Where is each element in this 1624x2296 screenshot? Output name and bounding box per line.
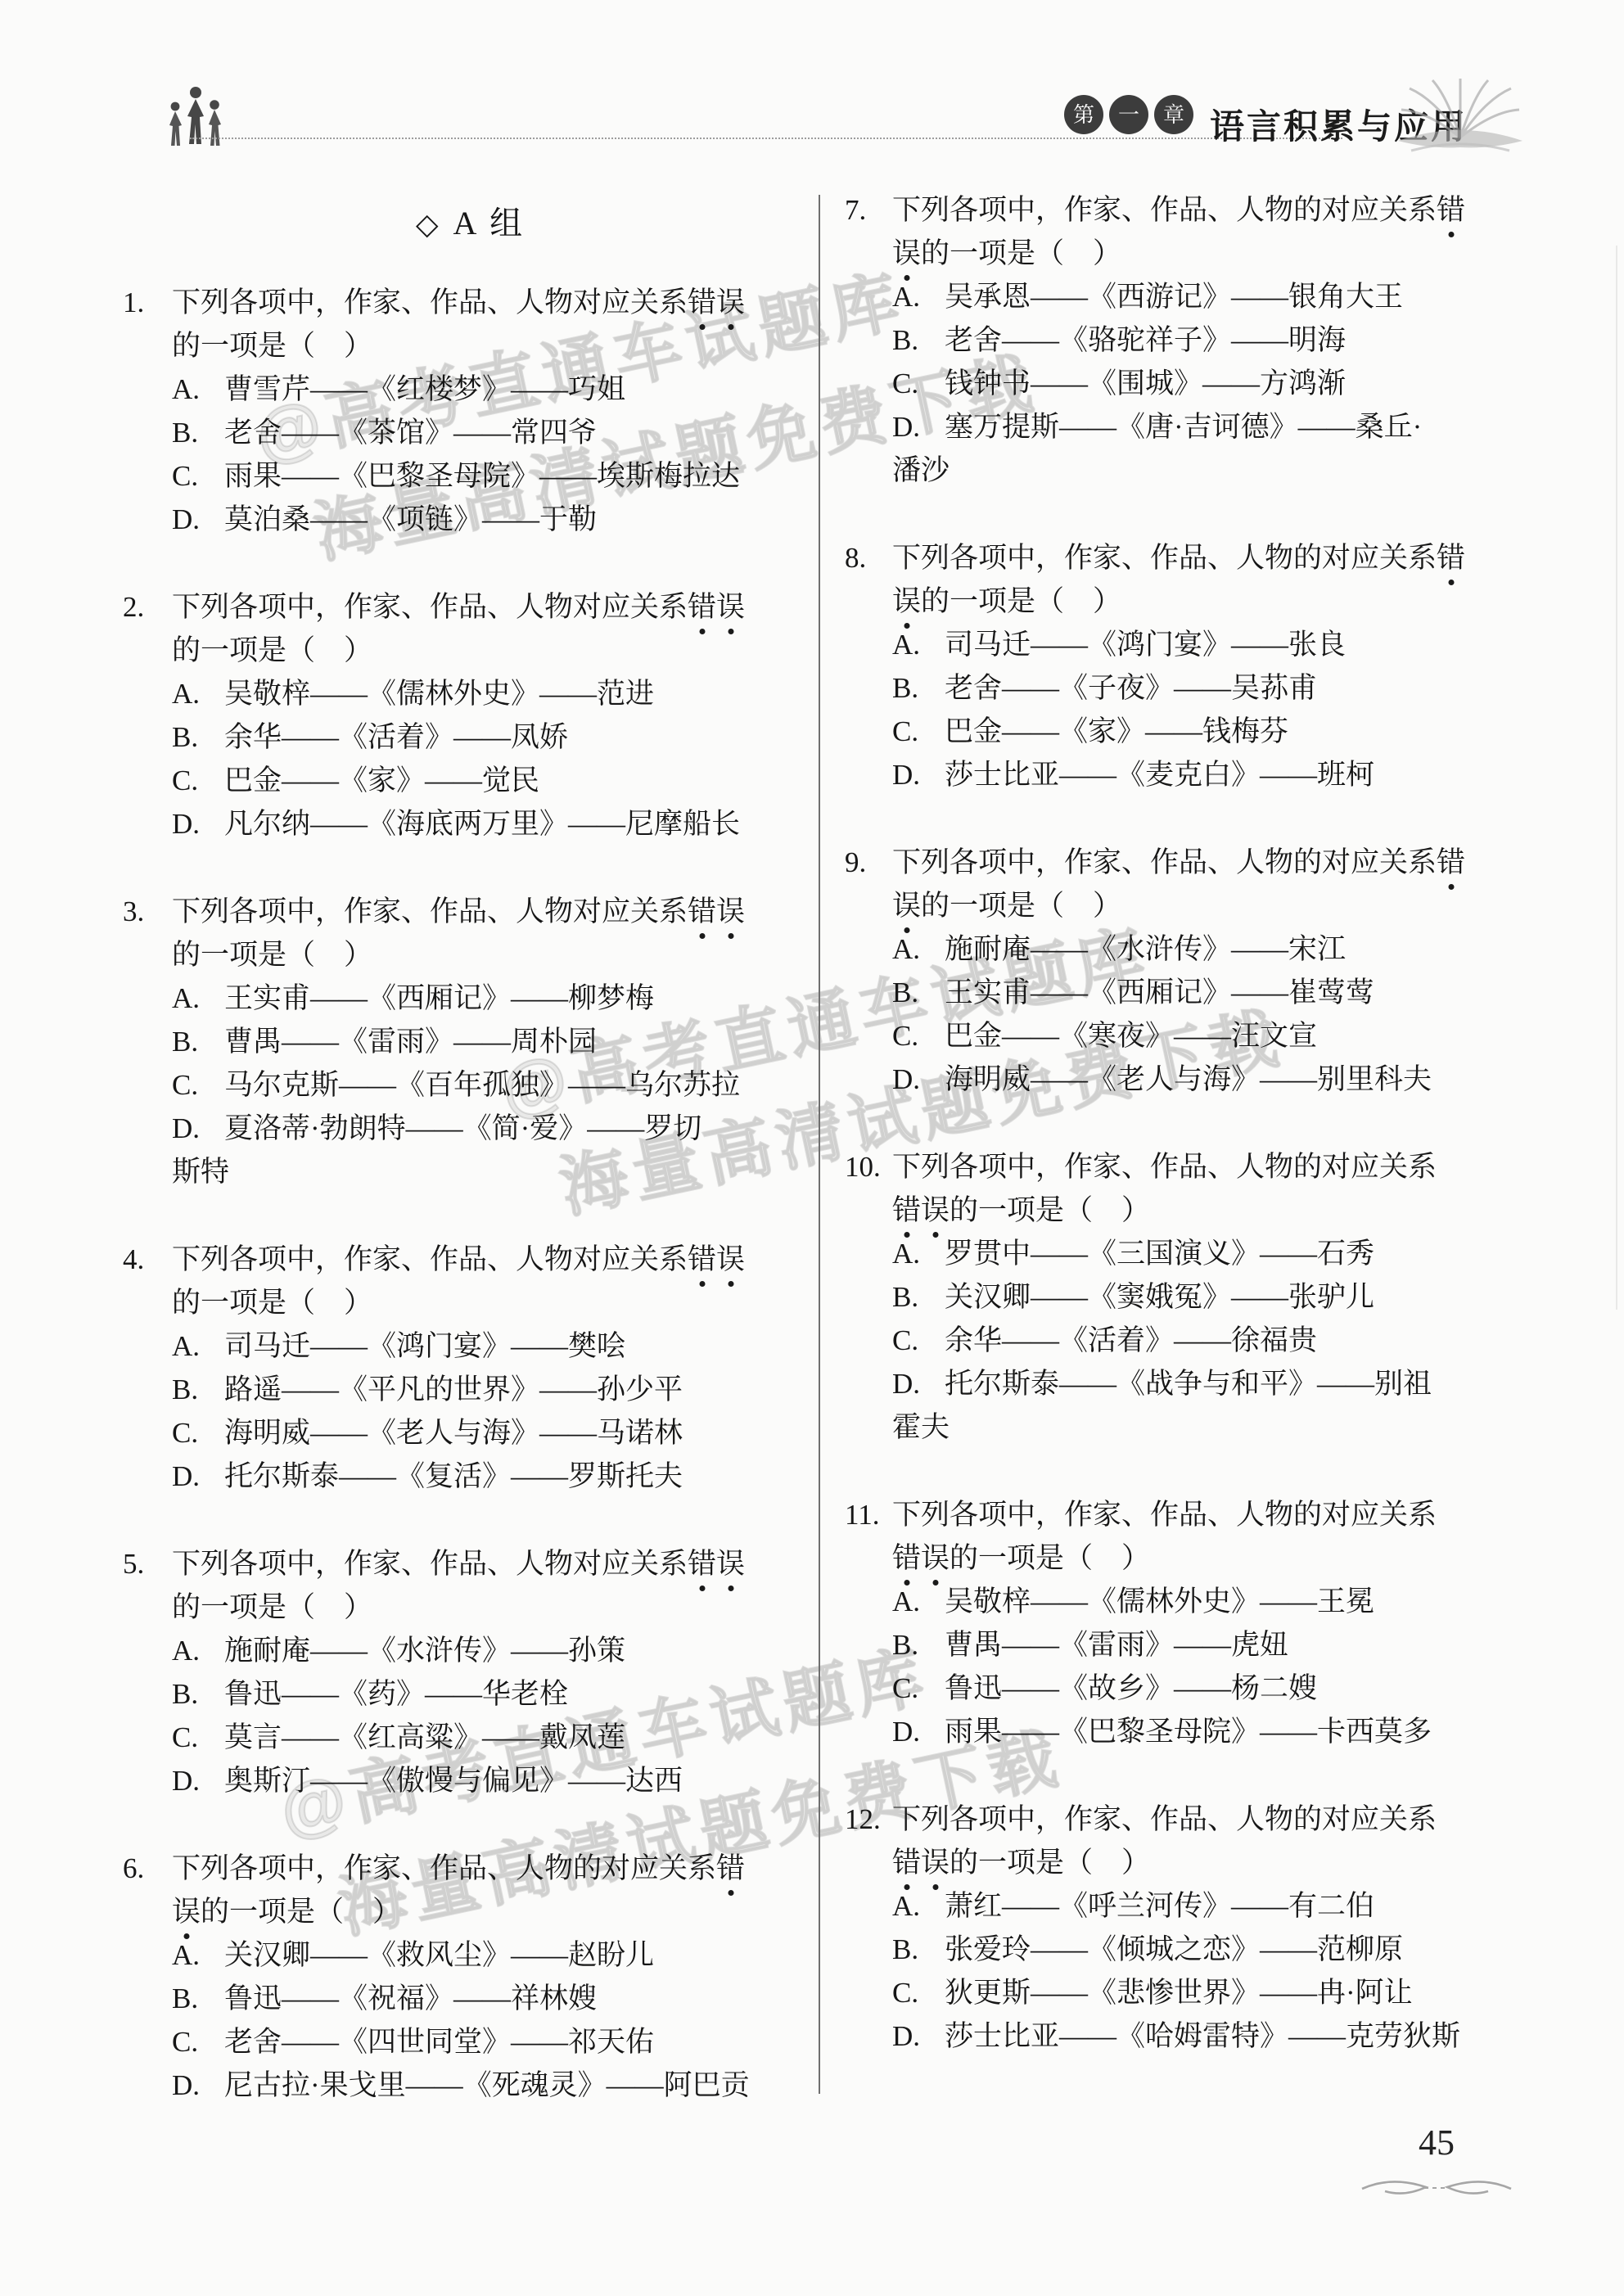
option-line: C.狄更斯——《悲惨世界》——冉·阿让 bbox=[892, 1971, 1608, 2014]
option-text: 鲁迅——《祝福》——祥林嫂 bbox=[224, 1982, 597, 2014]
option-wrap-line: 霍夫 bbox=[892, 1405, 1608, 1449]
option-line: A.曹雪芹——《红楼梦》——巧姐 bbox=[172, 368, 819, 411]
option-text: 萧红——《呼兰河传》——有二伯 bbox=[945, 1890, 1374, 1922]
question-stem-text: 下列各项中，作家、作品、人物对应关系 bbox=[172, 1548, 688, 1580]
question-6: 6.下列各项中，作家、作品、人物的对应关系错误的一项是（ ）A.关汉卿——《救风… bbox=[123, 1847, 819, 2107]
option-letter: B. bbox=[892, 318, 945, 362]
question-7: 7.下列各项中，作家、作品、人物的对应关系错误的一项是（ ）A.吴承恩——《西游… bbox=[845, 188, 1608, 492]
question-stem-text: 的一项是（ ） bbox=[921, 585, 1121, 617]
question-stem-text: 的一项是（ ） bbox=[950, 1847, 1150, 1879]
option-letter: C. bbox=[172, 1063, 224, 1107]
option-line: D.尼古拉·果戈里——《死魂灵》——阿巴贡 bbox=[172, 2064, 819, 2107]
option-line: A.吴敬梓——《儒林外史》——范进 bbox=[172, 672, 819, 715]
option-letter: A. bbox=[892, 1884, 945, 1928]
option-text: 托尔斯泰——《复活》——罗斯托夫 bbox=[224, 1460, 683, 1492]
option-letter: C. bbox=[172, 2020, 224, 2064]
question-stem-line1: 8.下列各项中，作家、作品、人物的对应关系错 bbox=[845, 536, 1608, 580]
header-rule bbox=[190, 138, 1342, 139]
question-stem-text: 下列各项中，作家、作品、人物的对应关系 bbox=[172, 1852, 716, 1884]
option-line: C.老舍——《四世同堂》——祁天佑 bbox=[172, 2020, 819, 2064]
option-text: 关汉卿——《救风尘》——赵盼儿 bbox=[224, 1939, 654, 1971]
option-text: 尼古拉·果戈里——《死魂灵》——阿巴贡 bbox=[224, 2069, 750, 2101]
question-5: 5.下列各项中，作家、作品、人物对应关系错误的一项是（ ）A.施耐庵——《水浒传… bbox=[123, 1542, 819, 1802]
question-stem-line1: 3.下列各项中，作家、作品、人物对应关系错误 bbox=[123, 890, 819, 933]
emphasis-char: 错 bbox=[892, 1536, 921, 1580]
question-4: 4.下列各项中，作家、作品、人物对应关系错误的一项是（ ）A.司马迁——《鸿门宴… bbox=[123, 1238, 819, 1498]
option-text: 雨果——《巴黎圣母院》——埃斯梅拉达 bbox=[224, 460, 740, 492]
option-text: 夏洛蒂·勃朗特——《简·爱》——罗切 bbox=[224, 1112, 701, 1144]
question-stem-text: 的一项是（ ） bbox=[950, 1194, 1150, 1226]
question-stem-line1: 10.下列各项中，作家、作品、人物的对应关系 bbox=[845, 1145, 1608, 1189]
option-text: 吴敬梓——《儒林外史》——范进 bbox=[224, 678, 654, 710]
question-number: 8. bbox=[845, 536, 892, 580]
option-letter: D. bbox=[892, 1362, 945, 1405]
column-divider bbox=[819, 195, 820, 2094]
emphasis-char: 错 bbox=[1437, 536, 1465, 580]
option-letter: D. bbox=[172, 1455, 224, 1498]
question-10: 10.下列各项中，作家、作品、人物的对应关系错误的一项是（ ）A.罗贯中——《三… bbox=[845, 1145, 1608, 1449]
option-text: 余华——《活着》——凤娇 bbox=[224, 721, 568, 753]
textbook-page: 第 一 章 语言积累与应用 @高考直通车试题库 海量高清试题免费下载 @高考直通… bbox=[0, 0, 1624, 2296]
option-text: 莎士比亚——《哈姆雷特》——克劳狄斯 bbox=[945, 2020, 1460, 2052]
option-text: 鲁迅——《药》——华老栓 bbox=[224, 1678, 568, 1710]
option-letter: D. bbox=[892, 1058, 945, 1101]
option-line: A.萧红——《呼兰河传》——有二伯 bbox=[892, 1884, 1608, 1928]
option-letter: A. bbox=[892, 275, 945, 318]
option-line: A.吴敬梓——《儒林外史》——王冕 bbox=[892, 1580, 1608, 1623]
option-line: A.施耐庵——《水浒传》——宋江 bbox=[892, 927, 1608, 971]
question-stem-line2: 错误的一项是（ ） bbox=[892, 1189, 1608, 1232]
open-book-icon bbox=[1387, 72, 1534, 169]
chapter-badge-char: 一 bbox=[1109, 95, 1148, 134]
option-letter: C. bbox=[172, 1716, 224, 1759]
question-stem-text: 下列各项中，作家、作品、人物对应关系 bbox=[172, 895, 688, 927]
option-text: 巴金——《家》——钱梅芬 bbox=[945, 715, 1288, 747]
question-stem-line1: 6.下列各项中，作家、作品、人物的对应关系错 bbox=[123, 1847, 819, 1890]
option-text: 路遥——《平凡的世界》——孙少平 bbox=[224, 1374, 683, 1405]
option-text: 塞万提斯——《唐·吉诃德》——桑丘· bbox=[945, 411, 1422, 443]
option-text: 莫泊桑——《项链》——于勒 bbox=[224, 503, 597, 535]
question-number: 11. bbox=[845, 1493, 892, 1536]
option-text: 狄更斯——《悲惨世界》——冉·阿让 bbox=[945, 1977, 1413, 2009]
option-letter: C. bbox=[892, 1319, 945, 1362]
option-letter: B. bbox=[172, 715, 224, 759]
option-line: A.司马迁——《鸿门宴》——张良 bbox=[892, 623, 1608, 666]
option-letter: B. bbox=[172, 1977, 224, 2020]
option-letter: A. bbox=[892, 927, 945, 971]
option-text: 施耐庵——《水浒传》——孙策 bbox=[224, 1635, 625, 1667]
question-9: 9.下列各项中，作家、作品、人物的对应关系错误的一项是（ ）A.施耐庵——《水浒… bbox=[845, 841, 1608, 1101]
flourish-icon bbox=[1352, 2171, 1521, 2204]
emphasis-char: 误 bbox=[716, 890, 745, 933]
chapter-badge-char: 章 bbox=[1154, 95, 1193, 134]
option-line: A.罗贯中——《三国演义》——石秀 bbox=[892, 1232, 1608, 1275]
option-text: 莫言——《红高粱》——戴凤莲 bbox=[224, 1721, 625, 1753]
emphasis-char: 误 bbox=[921, 1189, 950, 1232]
option-line: B.鲁迅——《药》——华老栓 bbox=[172, 1672, 819, 1716]
option-letter: B. bbox=[172, 1020, 224, 1063]
option-letter: A. bbox=[892, 623, 945, 666]
option-letter: C. bbox=[892, 1014, 945, 1058]
emphasis-char: 误 bbox=[892, 884, 921, 927]
option-text: 巴金——《家》——觉民 bbox=[224, 765, 539, 796]
question-stem-line2: 错误的一项是（ ） bbox=[892, 1841, 1608, 1884]
question-number: 4. bbox=[123, 1238, 172, 1281]
question-stem-text: 的一项是（ ） bbox=[950, 1542, 1150, 1574]
option-letter: D. bbox=[172, 1759, 224, 1802]
page-edge-shadow bbox=[1616, 246, 1617, 1310]
option-line: B.路遥——《平凡的世界》——孙少平 bbox=[172, 1368, 819, 1411]
question-stem-text: 下列各项中，作家、作品、人物的对应关系 bbox=[892, 194, 1437, 226]
question-stem-line1: 4.下列各项中，作家、作品、人物对应关系错误 bbox=[123, 1238, 819, 1281]
emphasis-char: 误 bbox=[921, 1841, 950, 1884]
question-stem-line1: 1.下列各项中，作家、作品、人物对应关系错误 bbox=[123, 281, 819, 324]
option-line: A.司马迁——《鸿门宴》——樊哙 bbox=[172, 1324, 819, 1368]
question-number: 5. bbox=[123, 1542, 172, 1586]
option-text: 老舍——《子夜》——吴荪甫 bbox=[945, 672, 1317, 704]
option-line: C.巴金——《家》——觉民 bbox=[172, 759, 819, 802]
option-text: 王实甫——《西厢记》——柳梦梅 bbox=[224, 982, 654, 1014]
three-people-icon bbox=[164, 85, 228, 151]
question-stem-text: 的一项是（ ） bbox=[921, 890, 1121, 922]
option-text: 关汉卿——《窦娥冤》——张驴儿 bbox=[945, 1281, 1374, 1313]
option-text: 雨果——《巴黎圣母院》——卡西莫多 bbox=[945, 1716, 1432, 1748]
option-letter: D. bbox=[172, 2064, 224, 2107]
option-letter: D. bbox=[172, 802, 224, 846]
option-line: D.塞万提斯——《唐·吉诃德》——桑丘· bbox=[892, 405, 1608, 449]
option-letter: B. bbox=[892, 1275, 945, 1319]
option-text: 鲁迅——《故乡》——杨二嫂 bbox=[945, 1672, 1317, 1704]
option-text: 司马迁——《鸿门宴》——张良 bbox=[945, 629, 1346, 661]
column-left: ◇A 组 1.下列各项中，作家、作品、人物对应关系错误的一项是（ ）A.曹雪芹—… bbox=[123, 201, 819, 2151]
question-stem-text: 下列各项中，作家、作品、人物对应关系 bbox=[172, 1243, 688, 1275]
option-text: 曹雪芹——《红楼梦》——巧姐 bbox=[224, 373, 625, 405]
question-stem-text: 的一项是（ ） bbox=[172, 634, 372, 666]
emphasis-char: 误 bbox=[716, 1238, 745, 1281]
option-line: C.雨果——《巴黎圣母院》——埃斯梅拉达 bbox=[172, 454, 819, 498]
question-stem-line2: 错误的一项是（ ） bbox=[892, 1536, 1608, 1580]
emphasis-char: 误 bbox=[892, 232, 921, 275]
emphasis-char: 误 bbox=[716, 281, 745, 324]
question-stem-text: 下列各项中，作家、作品、人物的对应关系 bbox=[892, 846, 1437, 878]
question-stem-line2: 的一项是（ ） bbox=[172, 933, 819, 977]
option-line: A.王实甫——《西厢记》——柳梦梅 bbox=[172, 977, 819, 1020]
question-stem-line2: 误的一项是（ ） bbox=[892, 884, 1608, 927]
option-letter: B. bbox=[892, 1928, 945, 1971]
emphasis-char: 错 bbox=[892, 1841, 921, 1884]
option-letter: A. bbox=[892, 1232, 945, 1275]
option-line: D.海明威——《老人与海》——别里科夫 bbox=[892, 1058, 1608, 1101]
option-text: 王实甫——《西厢记》——崔莺莺 bbox=[945, 977, 1374, 1008]
question-2: 2.下列各项中，作家、作品、人物对应关系错误的一项是（ ）A.吴敬梓——《儒林外… bbox=[123, 585, 819, 846]
question-stem-line2: 的一项是（ ） bbox=[172, 324, 819, 368]
question-number: 10. bbox=[845, 1145, 892, 1189]
option-text: 霍夫 bbox=[892, 1411, 950, 1443]
option-letter: A. bbox=[892, 1580, 945, 1623]
option-line: D.凡尔纳——《海底两万里》——尼摩船长 bbox=[172, 802, 819, 846]
option-line: D.奥斯汀——《傲慢与偏见》——达西 bbox=[172, 1759, 819, 1802]
option-line: C.马尔克斯——《百年孤独》——乌尔苏拉 bbox=[172, 1063, 819, 1107]
option-line: D.莫泊桑——《项链》——于勒 bbox=[172, 498, 819, 541]
option-line: D.托尔斯泰——《复活》——罗斯托夫 bbox=[172, 1455, 819, 1498]
option-text: 钱钟书——《围城》——方鸿渐 bbox=[945, 368, 1346, 399]
option-letter: B. bbox=[172, 1672, 224, 1716]
option-text: 老舍——《骆驼祥子》——明海 bbox=[945, 324, 1346, 356]
emphasis-char: 误 bbox=[716, 1542, 745, 1586]
question-number: 1. bbox=[123, 281, 172, 324]
option-line: A.关汉卿——《救风尘》——赵盼儿 bbox=[172, 1933, 819, 1977]
diamond-icon: ◇ bbox=[416, 208, 442, 241]
emphasis-char: 错 bbox=[716, 1847, 745, 1890]
option-line: D.托尔斯泰——《战争与和平》——别祖 bbox=[892, 1362, 1608, 1405]
page-number: 45 bbox=[1383, 2122, 1490, 2163]
option-text: 凡尔纳——《海底两万里》——尼摩船长 bbox=[224, 808, 740, 840]
option-text: 托尔斯泰——《战争与和平》——别祖 bbox=[945, 1368, 1432, 1400]
question-number: 6. bbox=[123, 1847, 172, 1890]
option-line: B.余华——《活着》——凤娇 bbox=[172, 715, 819, 759]
option-letter: B. bbox=[172, 411, 224, 454]
question-stem-line2: 误的一项是（ ） bbox=[892, 232, 1608, 275]
option-letter: C. bbox=[892, 1667, 945, 1710]
option-letter: C. bbox=[892, 362, 945, 405]
option-text: 司马迁——《鸿门宴》——樊哙 bbox=[224, 1330, 625, 1362]
option-letter: D. bbox=[172, 1107, 224, 1150]
option-letter: B. bbox=[892, 1623, 945, 1667]
option-wrap-line: 潘沙 bbox=[892, 449, 1608, 492]
option-letter: C. bbox=[172, 1411, 224, 1455]
option-text: 潘沙 bbox=[892, 454, 950, 486]
option-line: C.巴金——《家》——钱梅芬 bbox=[892, 710, 1608, 753]
option-letter: C. bbox=[892, 1971, 945, 2014]
option-text: 罗贯中——《三国演义》——石秀 bbox=[945, 1238, 1374, 1270]
option-line: B.曹禺——《雷雨》——虎妞 bbox=[892, 1623, 1608, 1667]
option-text: 奥斯汀——《傲慢与偏见》——达西 bbox=[224, 1765, 683, 1797]
question-stem-line1: 11.下列各项中，作家、作品、人物的对应关系 bbox=[845, 1493, 1608, 1536]
option-line: D.莎士比亚——《麦克白》——班柯 bbox=[892, 753, 1608, 796]
question-stem-line1: 9.下列各项中，作家、作品、人物的对应关系错 bbox=[845, 841, 1608, 884]
option-text: 海明威——《老人与海》——马诺林 bbox=[224, 1417, 683, 1449]
question-8: 8.下列各项中，作家、作品、人物的对应关系错误的一项是（ ）A.司马迁——《鸿门… bbox=[845, 536, 1608, 796]
option-line: B.关汉卿——《窦娥冤》——张驴儿 bbox=[892, 1275, 1608, 1319]
option-letter: D. bbox=[172, 498, 224, 541]
column-right: 7.下列各项中，作家、作品、人物的对应关系错误的一项是（ ）A.吴承恩——《西游… bbox=[845, 188, 1608, 2102]
emphasis-char: 错 bbox=[688, 1542, 716, 1586]
option-line: A.施耐庵——《水浒传》——孙策 bbox=[172, 1629, 819, 1672]
question-number: 3. bbox=[123, 890, 172, 933]
option-letter: D. bbox=[892, 405, 945, 449]
option-line: B.老舍——《子夜》——吴荪甫 bbox=[892, 666, 1608, 710]
option-letter: A. bbox=[172, 368, 224, 411]
option-text: 老舍——《四世同堂》——祁天佑 bbox=[224, 2026, 654, 2058]
emphasis-char: 错 bbox=[688, 281, 716, 324]
emphasis-char: 误 bbox=[716, 585, 745, 629]
option-text: 曹禺——《雷雨》——虎妞 bbox=[945, 1629, 1288, 1661]
question-number: 9. bbox=[845, 841, 892, 884]
option-text: 吴敬梓——《儒林外史》——王冕 bbox=[945, 1586, 1374, 1617]
option-letter: D. bbox=[892, 1710, 945, 1753]
chapter-badge-char: 第 bbox=[1064, 95, 1103, 134]
question-stem-text: 下列各项中，作家、作品、人物的对应关系 bbox=[892, 1803, 1437, 1835]
question-11: 11.下列各项中，作家、作品、人物的对应关系错误的一项是（ ）A.吴敬梓——《儒… bbox=[845, 1493, 1608, 1753]
option-text: 巴金——《寒夜》——汪文宣 bbox=[945, 1020, 1317, 1052]
option-letter: D. bbox=[892, 2014, 945, 2058]
chapter-badge: 第 一 章 bbox=[1064, 95, 1193, 134]
question-1: 1.下列各项中，作家、作品、人物对应关系错误的一项是（ ）A.曹雪芹——《红楼梦… bbox=[123, 281, 819, 541]
question-stem-line1: 5.下列各项中，作家、作品、人物对应关系错误 bbox=[123, 1542, 819, 1586]
option-line: C.余华——《活着》——徐福贵 bbox=[892, 1319, 1608, 1362]
question-stem-line2: 的一项是（ ） bbox=[172, 1281, 819, 1324]
option-line: C.鲁迅——《故乡》——杨二嫂 bbox=[892, 1667, 1608, 1710]
emphasis-char: 错 bbox=[1437, 841, 1465, 884]
question-stem-line1: 2.下列各项中，作家、作品、人物对应关系错误 bbox=[123, 585, 819, 629]
question-stem-text: 下列各项中，作家、作品、人物对应关系 bbox=[172, 286, 688, 318]
option-text: 莎士比亚——《麦克白》——班柯 bbox=[945, 759, 1374, 791]
emphasis-char: 错 bbox=[1437, 188, 1465, 232]
question-stem-text: 下列各项中，作家、作品、人物的对应关系 bbox=[892, 1499, 1437, 1531]
option-line: C.莫言——《红高粱》——戴凤莲 bbox=[172, 1716, 819, 1759]
option-line: D.夏洛蒂·勃朗特——《简·爱》——罗切 bbox=[172, 1107, 819, 1150]
option-line: A.吴承恩——《西游记》——银角大王 bbox=[892, 275, 1608, 318]
question-stem-line1: 7.下列各项中，作家、作品、人物的对应关系错 bbox=[845, 188, 1608, 232]
option-line: D.雨果——《巴黎圣母院》——卡西莫多 bbox=[892, 1710, 1608, 1753]
group-label: A 组 bbox=[453, 205, 526, 241]
emphasis-char: 错 bbox=[892, 1189, 921, 1232]
question-stem-text: 下列各项中，作家、作品、人物的对应关系 bbox=[892, 542, 1437, 574]
option-text: 马尔克斯——《百年孤独》——乌尔苏拉 bbox=[224, 1069, 740, 1101]
option-line: D.莎士比亚——《哈姆雷特》——克劳狄斯 bbox=[892, 2014, 1608, 2058]
emphasis-char: 误 bbox=[172, 1890, 201, 1933]
question-stem-text: 的一项是（ ） bbox=[172, 939, 372, 971]
option-letter: A. bbox=[172, 1933, 224, 1977]
question-stem-text: 的一项是（ ） bbox=[172, 330, 372, 362]
question-stem-line1: 12.下列各项中，作家、作品、人物的对应关系 bbox=[845, 1798, 1608, 1841]
option-letter: B. bbox=[892, 971, 945, 1014]
emphasis-char: 错 bbox=[688, 585, 716, 629]
option-text: 海明威——《老人与海》——别里科夫 bbox=[945, 1063, 1432, 1095]
option-text: 余华——《活着》——徐福贵 bbox=[945, 1324, 1317, 1356]
question-stem-text: 的一项是（ ） bbox=[172, 1591, 372, 1623]
option-letter: C. bbox=[172, 759, 224, 802]
option-line: B.曹禺——《雷雨》——周朴园 bbox=[172, 1020, 819, 1063]
emphasis-char: 误 bbox=[892, 580, 921, 623]
question-stem-text: 下列各项中，作家、作品、人物对应关系 bbox=[172, 591, 688, 623]
option-letter: A. bbox=[172, 672, 224, 715]
option-text: 曹禺——《雷雨》——周朴园 bbox=[224, 1026, 597, 1058]
option-line: B.老舍——《骆驼祥子》——明海 bbox=[892, 318, 1608, 362]
option-text: 斯特 bbox=[172, 1156, 229, 1188]
question-stem-line2: 误的一项是（ ） bbox=[892, 580, 1608, 623]
option-text: 施耐庵——《水浒传》——宋江 bbox=[945, 933, 1346, 965]
question-stem-text: 的一项是（ ） bbox=[172, 1287, 372, 1319]
option-letter: B. bbox=[172, 1368, 224, 1411]
question-number: 7. bbox=[845, 188, 892, 232]
question-stem-text: 下列各项中，作家、作品、人物的对应关系 bbox=[892, 1151, 1437, 1183]
option-line: C.海明威——《老人与海》——马诺林 bbox=[172, 1411, 819, 1455]
question-stem-text: 的一项是（ ） bbox=[201, 1896, 401, 1928]
option-line: B.老舍——《茶馆》——常四爷 bbox=[172, 411, 819, 454]
group-header: ◇A 组 bbox=[123, 201, 819, 245]
question-stem-line2: 的一项是（ ） bbox=[172, 629, 819, 672]
option-letter: A. bbox=[172, 977, 224, 1020]
option-line: C.巴金——《寒夜》——汪文宣 bbox=[892, 1014, 1608, 1058]
emphasis-char: 错 bbox=[688, 1238, 716, 1281]
question-stem-line2: 误的一项是（ ） bbox=[172, 1890, 819, 1933]
option-letter: A. bbox=[172, 1629, 224, 1672]
emphasis-char: 误 bbox=[921, 1536, 950, 1580]
option-letter: A. bbox=[172, 1324, 224, 1368]
emphasis-char: 错 bbox=[688, 890, 716, 933]
option-text: 吴承恩——《西游记》——银角大王 bbox=[945, 281, 1403, 313]
option-text: 张爱玲——《倾城之恋》——范柳原 bbox=[945, 1933, 1403, 1965]
question-number: 12. bbox=[845, 1798, 892, 1841]
option-wrap-line: 斯特 bbox=[172, 1150, 819, 1193]
question-3: 3.下列各项中，作家、作品、人物对应关系错误的一项是（ ）A.王实甫——《西厢记… bbox=[123, 890, 819, 1193]
option-line: B.王实甫——《西厢记》——崔莺莺 bbox=[892, 971, 1608, 1014]
option-letter: C. bbox=[172, 454, 224, 498]
question-stem-text: 的一项是（ ） bbox=[921, 237, 1121, 269]
option-letter: D. bbox=[892, 753, 945, 796]
option-line: C.钱钟书——《围城》——方鸿渐 bbox=[892, 362, 1608, 405]
option-letter: B. bbox=[892, 666, 945, 710]
question-12: 12.下列各项中，作家、作品、人物的对应关系错误的一项是（ ）A.萧红——《呼兰… bbox=[845, 1798, 1608, 2058]
question-stem-line2: 的一项是（ ） bbox=[172, 1586, 819, 1629]
option-line: B.鲁迅——《祝福》——祥林嫂 bbox=[172, 1977, 819, 2020]
question-number: 2. bbox=[123, 585, 172, 629]
option-text: 老舍——《茶馆》——常四爷 bbox=[224, 417, 597, 449]
option-letter: C. bbox=[892, 710, 945, 753]
option-line: B.张爱玲——《倾城之恋》——范柳原 bbox=[892, 1928, 1608, 1971]
